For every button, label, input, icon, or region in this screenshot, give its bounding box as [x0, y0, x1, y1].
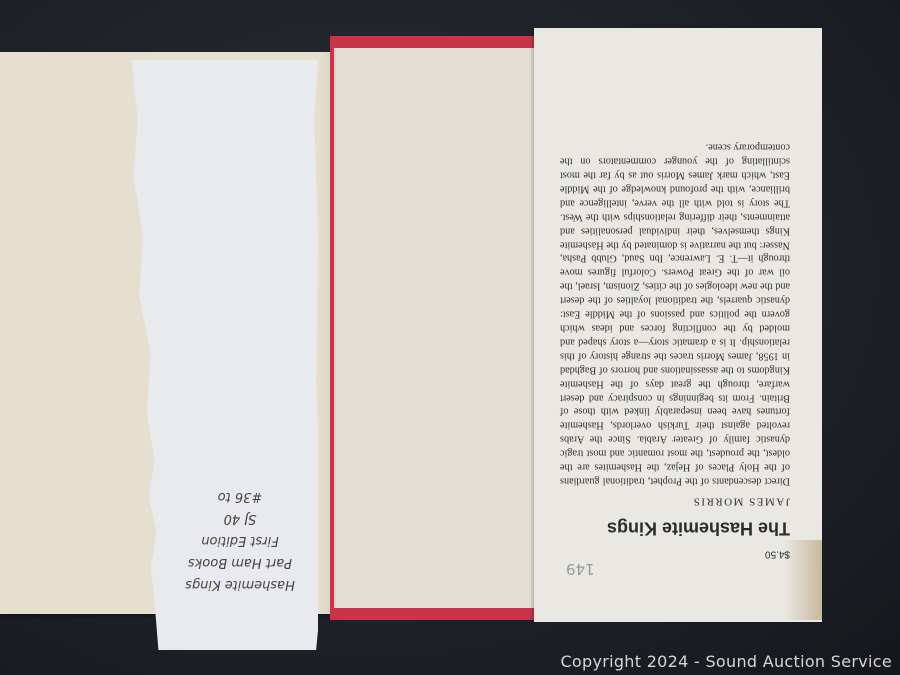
jacket-flap-text: $4.50 The Hashemite Kings JAMES MORRIS D… [560, 140, 790, 574]
handwritten-note: Hashemite Kings Part Ham Books First Edi… [150, 485, 330, 595]
note-line: Hashemite Kings [150, 573, 330, 595]
pencil-mark: 149 [566, 560, 595, 578]
book-author: JAMES MORRIS [560, 496, 790, 508]
book-page [334, 48, 542, 608]
book-title: The Hashemite Kings [560, 518, 790, 539]
note-line: First Edition [150, 529, 330, 551]
note-line: #36 to [150, 485, 330, 507]
copyright-watermark: Copyright 2024 - Sound Auction Service [560, 652, 892, 671]
note-line: Part Ham Books [150, 551, 330, 573]
price-label: $4.50 [560, 549, 790, 560]
blurb-paragraph: Direct descendants of the Prophet, tradi… [560, 140, 790, 488]
note-line: SJ 40 [150, 507, 330, 529]
